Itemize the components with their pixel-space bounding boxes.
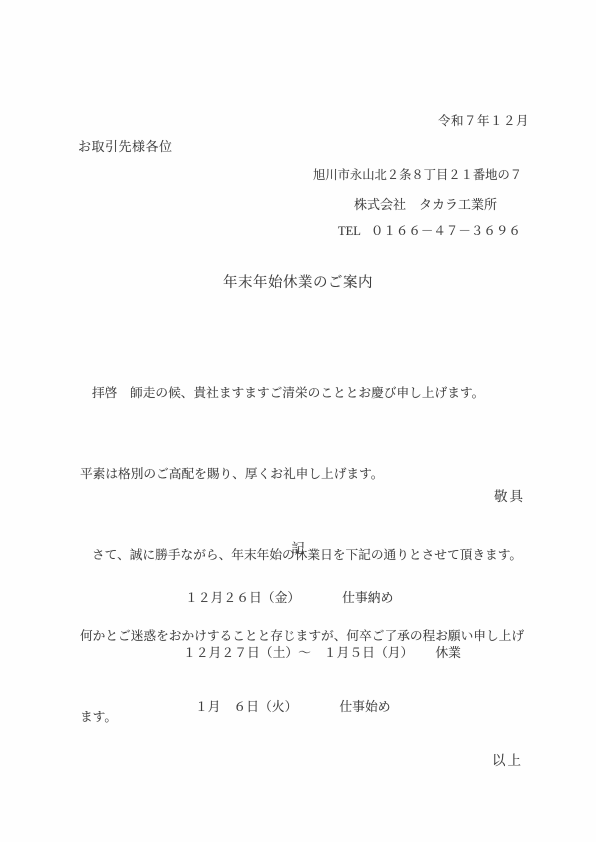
schedule-row-last-workday: １２月２６日（金）仕事納め [185,587,393,606]
schedule-label: 仕事納め [342,591,393,605]
schedule-row-first-workday: １月 ６日（火）仕事始め [195,696,391,715]
closing-keigu: 敬具 [494,485,525,505]
letter-page: 令和７年１２月 お取引先様各位 旭川市永山北２条８丁目２１番地の７ 株式会社 タ… [0,0,596,842]
date-line: 令和７年１２月 [438,111,529,129]
tel-label: TEL [338,224,361,238]
schedule-row-holiday-period: １２月２７日（土）～ １月５日（月）休業 [183,642,461,661]
sender-address: 旭川市永山北２条８丁目２１番地の７ [313,165,522,183]
tel-number: ０１６６－４７－３６９６ [371,224,521,238]
sender-tel: TEL０１６６－４７－３６９６ [338,221,521,239]
schedule-label: 休業 [435,646,461,660]
sender-company: 株式会社 タカラ工業所 [354,194,497,213]
body-line-1: 拝啓 師走の候、貴社ますますご清栄のこととお慶び申し上げます。 [80,380,524,407]
schedule-label: 仕事始め [339,700,390,714]
end-marker: 以上 [492,749,523,769]
body-line-2: 平素は格別のご高配を賜り、厚くお礼申し上げます。 [80,461,524,488]
document-title: 年末年始休業のご案内 [0,271,596,292]
schedule-date: １２月２６日（金） [185,591,300,605]
schedule-date: １月 ６日（火） [195,700,297,714]
record-marker: 記 [0,537,596,557]
schedule-date: １２月２７日（土）～ １月５日（月） [183,646,413,660]
recipient-line: お取引先様各位 [78,136,173,155]
